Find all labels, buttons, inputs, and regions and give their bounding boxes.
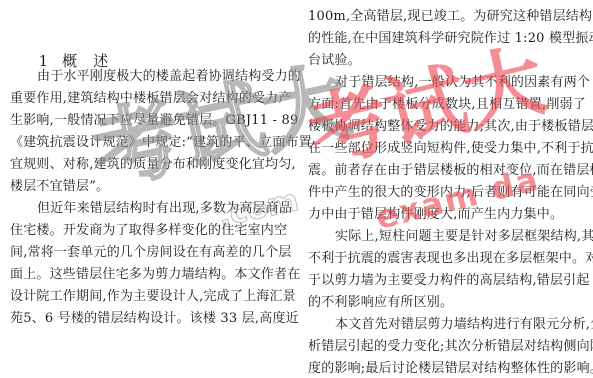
paragraph-line: 由于水平刚度极大的楼盖起着协调结构受力的 [10, 68, 286, 86]
paragraph-line: 本文首先对错层剪力墙结构进行有限元分析,分 [308, 316, 586, 334]
paragraph-line: 但近年来错层结构时有出现,多数为高层商品 [10, 200, 286, 218]
paragraph-line: 方面:首先由于楼板分成数块,且相互错置,削弱了 [308, 96, 586, 114]
paper-page: 1概述 由于水平刚度极大的楼盖起着协调结构受力的 重要作用,建筑结构中楼板错层会… [0, 0, 593, 378]
paragraph-line: 不利于抗震的震害表现也多出现在多层框架中。对 [308, 250, 586, 268]
paragraph-line: 100m,全高错层,现已竣工。为研究这种错层结构 [308, 8, 586, 26]
paragraph-line: 析错层引起的受力变化;其次分析错层对结构侧向刚 [308, 338, 586, 356]
paragraph-line: 实际上,短柱问题主要是针对多层框架结构,其 [308, 228, 586, 246]
paragraph-line: 震。前者存在由于错层楼板的相对变位,而在错层构 [308, 162, 586, 180]
paragraph-line: 《建筑抗震设计规范》中规定:“建筑的平、立面布置 [10, 134, 286, 152]
paragraph-line: 力中由于错层构件刚度大,而产生内力集中。 [308, 206, 586, 224]
paragraph-line: 楼层不宜错层”。 [10, 178, 286, 196]
paragraph-line: 住宅楼。开发商为了取得多样变化的住宅室内空 [10, 222, 286, 240]
paragraph-line: 间,常将一套单元的几个房间设在有高差的几个层 [10, 244, 286, 262]
paragraph-line: 生影响,一般情况下应尽量避免错层。GBJ11 - 89 [10, 112, 286, 130]
paragraph-line: 设计院工作期间,作为主要设计人,完成了上海汇景 [10, 288, 286, 306]
paragraph-line: 对于错层结构,一般认为其不利的因素有两个 [308, 74, 586, 92]
paragraph-line: 于以剪力墙为主要受力构件的高层结构,错层引起 [308, 272, 586, 290]
paragraph-line: 楼板协调结构整体受力的能力;其次,由于楼板错层, [308, 118, 586, 136]
paragraph-line: 宜规则、对称,建筑的质量分布和刚度变化宜均匀, [10, 156, 286, 174]
paragraph-line: 面上。这些错层住宅多为剪力墙结构。本文作者在 [10, 266, 286, 284]
paragraph-line: 台试验。 [308, 52, 586, 70]
paragraph-line: 的不利影响应有所区别。 [308, 294, 586, 312]
paragraph-line: 苑5、6 号楼的错层结构设计。该楼 33 层,高度近 [10, 310, 286, 328]
paragraph-line: 在一些部位形成竖向短构件,使受力集中,不利于抗 [308, 140, 586, 158]
paragraph-line: 件中产生的很大的变形内力;后者则有可能在同向受 [308, 184, 586, 202]
paragraph-line: 的性能,在中国建筑科学研究院作过 1:20 模型振动 [308, 30, 586, 48]
paragraph-line: 度的影响;最后讨论楼层错层对结构整体性的影响。 [308, 360, 586, 378]
paragraph-line: 重要作用,建筑结构中楼板错层会对结构的受力产 [10, 90, 286, 108]
